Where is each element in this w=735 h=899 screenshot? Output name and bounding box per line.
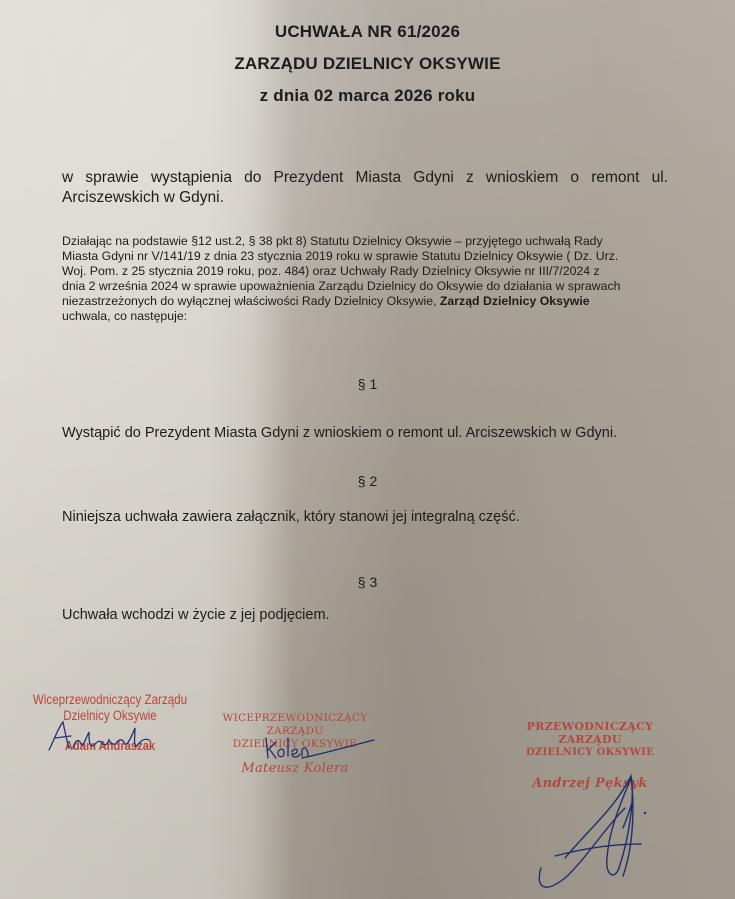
section-2-text: Niniejsza uchwała zawiera załącznik, któ… [62,509,520,525]
resolution-subject: w sprawie wystąpienia do Prezydent Miast… [62,168,668,208]
section-3-label: § 3 [0,574,735,590]
handwritten-signature-peksyk [535,768,655,898]
section-1-text: Wystąpić do Prezydent Miasta Gdyni z wni… [62,425,617,441]
handwritten-signature-kolera [262,734,382,764]
resolution-date: z dnia 02 marca 2026 roku [0,86,735,106]
legal-basis: Działając na podstawie §12 ust.2, § 38 p… [62,234,622,323]
issuing-body: ZARZĄDU DZIELNICY OKSYWIE [0,54,735,74]
resolution-number: UCHWAŁA NR 61/2026 [0,22,735,42]
legal-basis-bold: Zarząd Dzielnicy Oksywie [440,294,590,308]
legal-basis-tail: uchwala, co następuje: [62,309,187,323]
stamp-role-line2: DZIELNICY OKSYWIE [495,746,685,759]
stamp-role-line1: Wiceprzewodniczący Zarządu [24,692,196,708]
handwritten-signature-andraszak [45,718,155,758]
section-2-label: § 2 [0,473,735,489]
section-3-text: Uchwała wchodzi w życie z jej podjęciem. [62,607,330,623]
section-1-label: § 1 [0,376,735,392]
stamp-role-line1: PRZEWODNICZĄCY ZARZĄDU [495,720,685,746]
